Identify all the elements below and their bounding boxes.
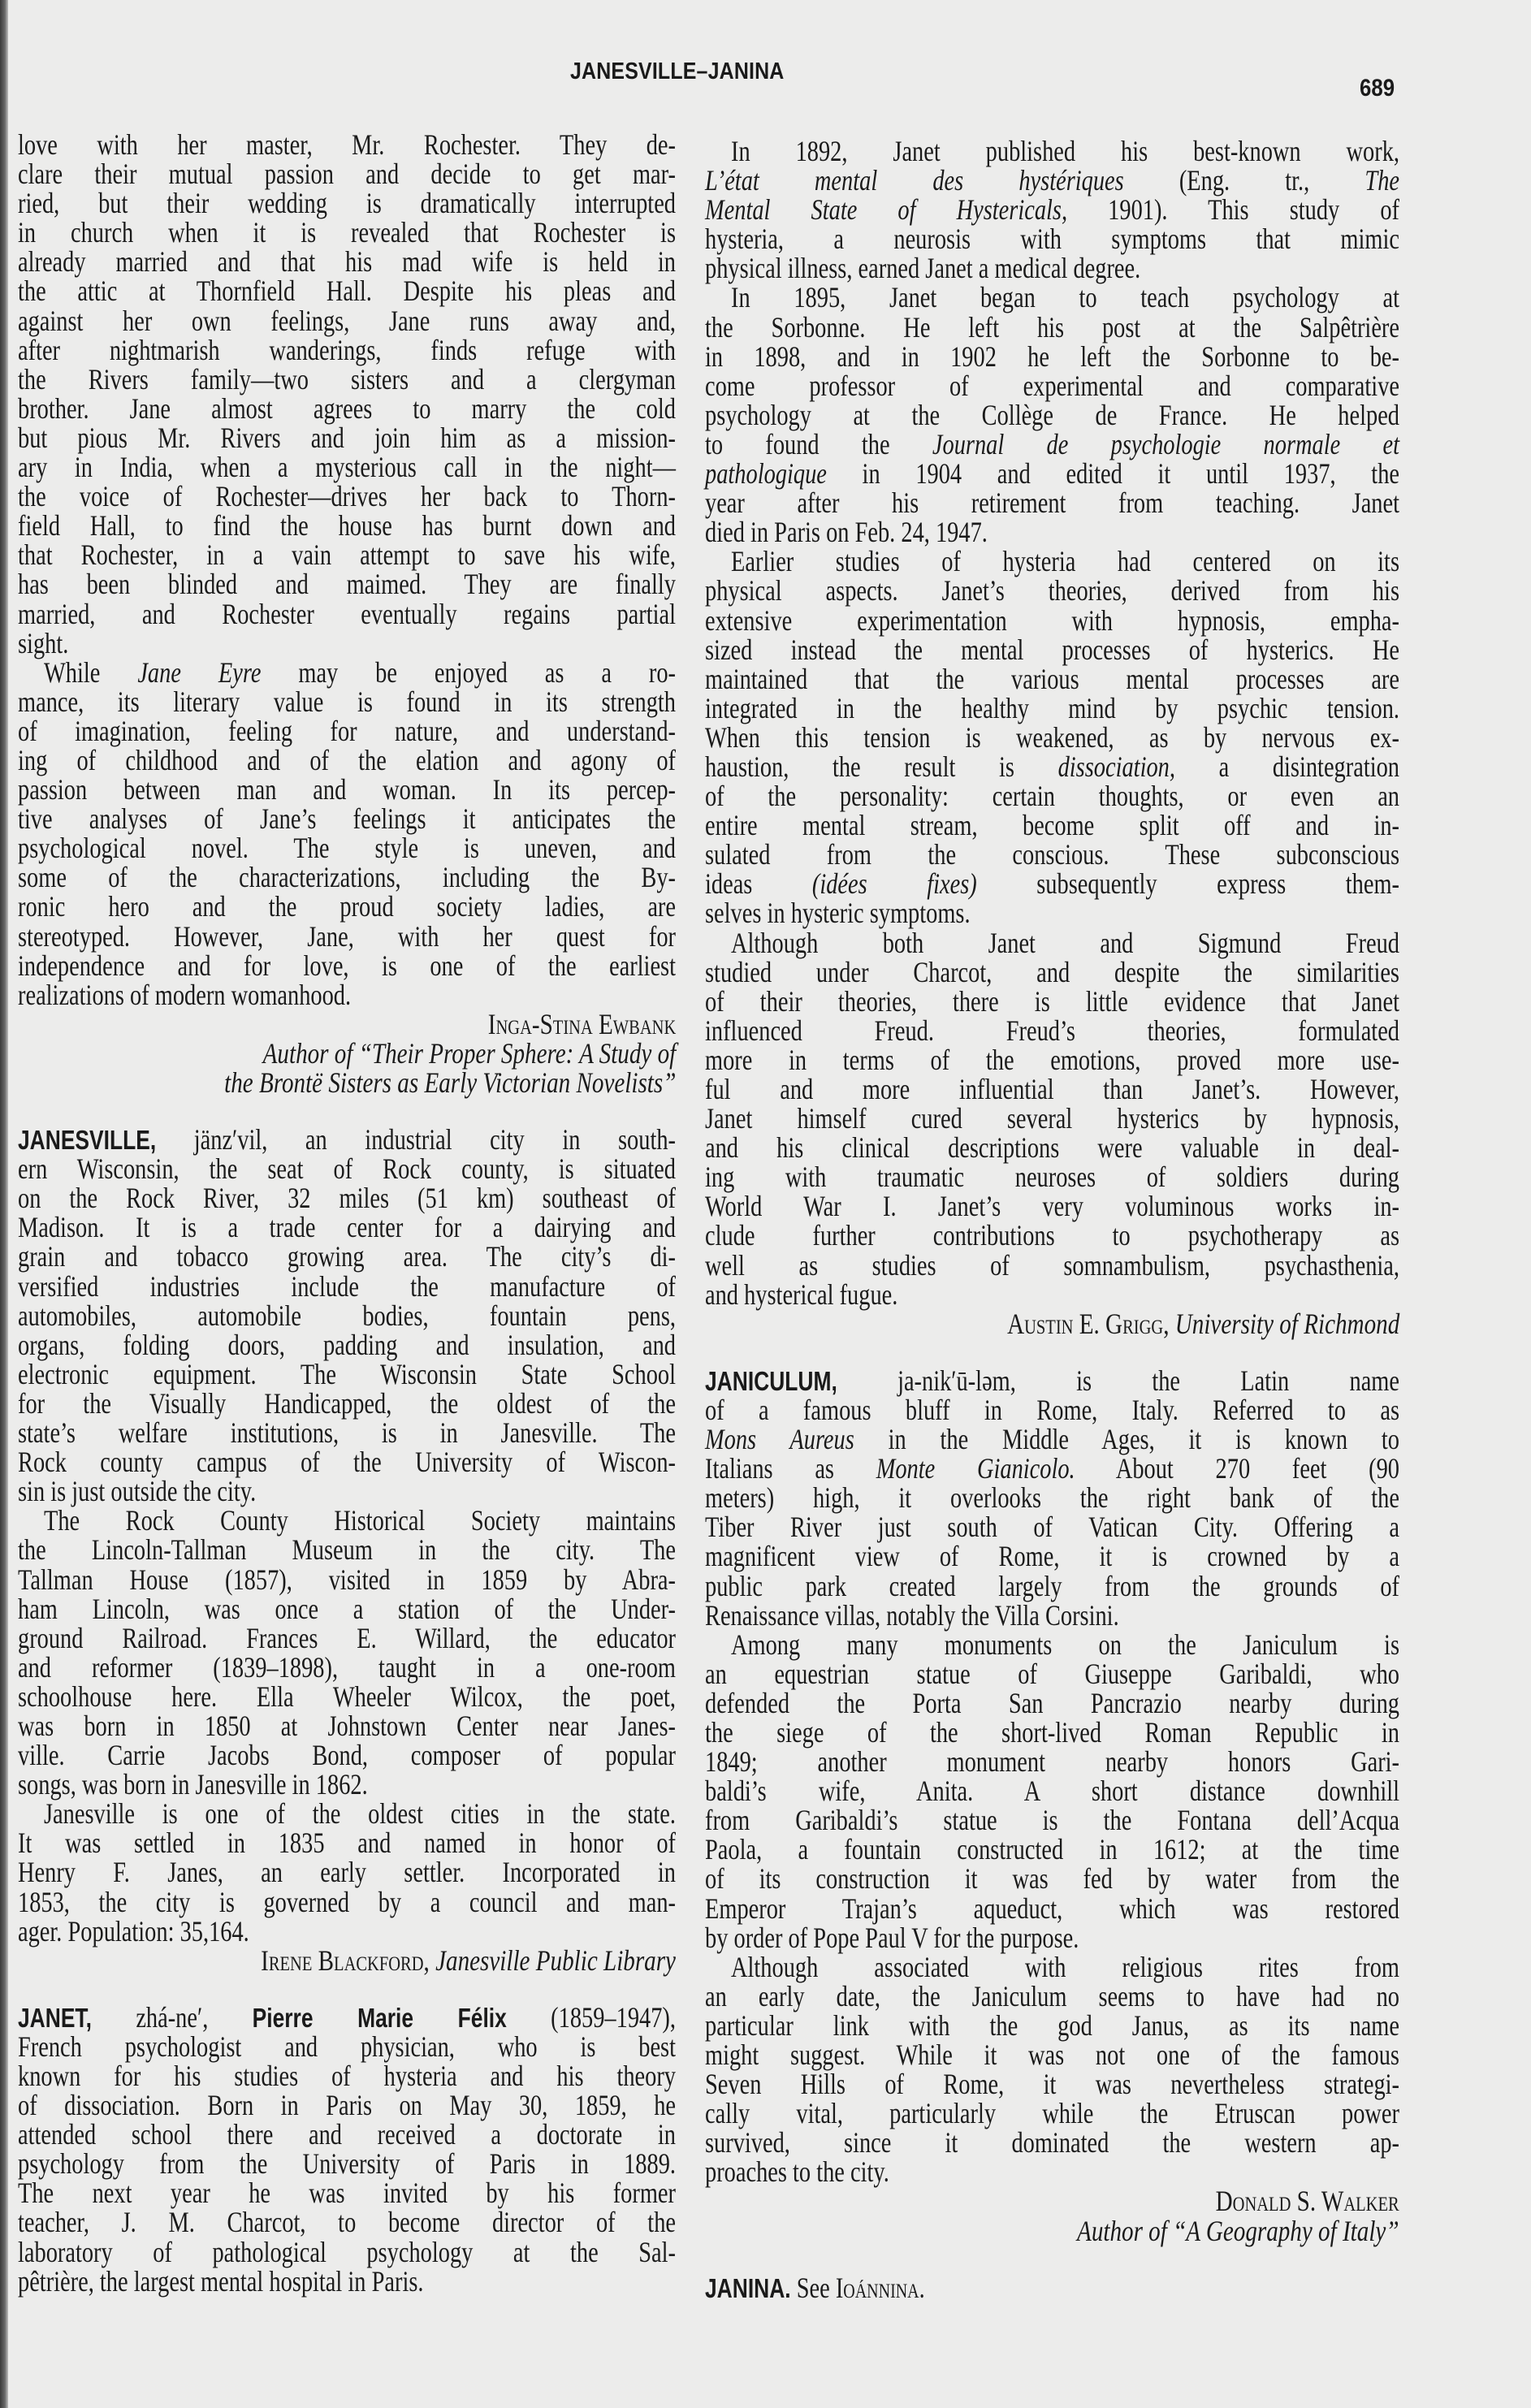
text-line: and reformer (1839–1898), taught in a on… (18, 1653, 676, 1682)
text-line: the Rivers family—two sisters and a cler… (18, 365, 676, 394)
paragraph: year after his retirement from teaching.… (705, 488, 1399, 547)
text-line: of dissociation. Born in Paris on May 30… (18, 2090, 676, 2120)
text-line: but pious Mr. Rivers and join him as a m… (18, 423, 676, 452)
text-line: 1849; another monument nearby honors Gar… (705, 1747, 1399, 1776)
headword: JANET, (18, 2003, 92, 2033)
paragraph: Although associated with religious rites… (705, 1952, 1399, 2187)
text-line: automobiles, automobile bodies, fountain… (18, 1301, 676, 1330)
text-line: Seven Hills of Rome, it was nevertheless… (705, 2069, 1399, 2099)
text-line: has been blinded and maimed. They are fi… (18, 569, 676, 599)
text-line: from Garibaldi’s statue is the Fontana d… (705, 1805, 1399, 1835)
page-number: 689 (1360, 75, 1395, 102)
text-line: meters) high, it overlooks the right ban… (705, 1483, 1399, 1512)
text-line: already married and that his mad wife is… (18, 247, 676, 276)
author-signature: Donald S. Walker (705, 2186, 1399, 2216)
paragraph: Earlier studies of hysteria had centered… (705, 547, 1399, 752)
journal-title: Journal de psychologie normale et (932, 428, 1399, 460)
text-line: Henry F. Janes, an early settler. Incorp… (18, 1857, 676, 1887)
text-line: It was settled in 1835 and named in hono… (18, 1828, 676, 1857)
paragraph: French psychologist and physician, who i… (18, 2032, 676, 2296)
text-line: 1853, the city is governed by a council … (18, 1887, 676, 1917)
article-janesville: JANESVILLE, jänz′vil, an industrial city… (18, 1125, 676, 1975)
text-line: While Jane Eyre may be enjoyed as a ro- (18, 658, 676, 687)
paragraph: Among many monuments on the Janiculum is… (705, 1630, 1399, 1952)
text-line: of imagination, feeling for nature, and … (18, 716, 676, 746)
text-line: and hysterical fugue. (705, 1280, 1399, 1309)
author-note: the Brontë Sisters as Early Victorian No… (18, 1068, 676, 1097)
cross-reference: JANINA. See Ioánnina. (705, 2273, 1399, 2302)
text-line: particular link with the god Janus, as i… (705, 2011, 1399, 2040)
text-line: in church when it is revealed that Roche… (18, 218, 676, 247)
paragraph: of the personality: certain thoughts, or… (705, 781, 1399, 869)
text-line: tive analyses of Jane’s feelings it anti… (18, 804, 676, 833)
text-line: French psychologist and physician, who i… (18, 2032, 676, 2061)
text-line: organs, folding doors, padding and insul… (18, 1330, 676, 1360)
article-janina: JANINA. See Ioánnina. (705, 2273, 1399, 2302)
text-line: Janesville is one of the oldest cities i… (18, 1799, 676, 1828)
text-line: after nightmarish wanderings, finds refu… (18, 335, 676, 365)
left-column: love with her master, Mr. Rochester. The… (18, 130, 676, 2296)
cross-reference-link[interactable]: Ioánnina. (836, 2272, 925, 2304)
book-title: L’état mental des hystériques (705, 164, 1124, 197)
text-line: Although both Janet and Sigmund Freud (705, 928, 1399, 958)
text-line: might suggest. While it was not one of t… (705, 2040, 1399, 2069)
text-line: against her own feelings, Jane runs away… (18, 306, 676, 335)
text-line: clude further contributions to psychothe… (705, 1221, 1399, 1250)
text-line: selves in hysteric symptoms. (705, 898, 1399, 927)
text-line: was born in 1850 at Johnstown Center nea… (18, 1711, 676, 1740)
text-line: grain and tobacco growing area. The city… (18, 1242, 676, 1271)
place-name: Monte Gianicolo. (876, 1452, 1075, 1485)
text-line: clare their mutual passion and decide to… (18, 159, 676, 188)
text-line: known for his studies of hysteria and hi… (18, 2061, 676, 2090)
text-line: realizations of modern womanhood. (18, 980, 676, 1009)
text-line: The next year he was invited by his form… (18, 2178, 676, 2207)
text-line: physical illness, earned Janet a medical… (705, 253, 1399, 283)
text-line: brother. Jane almost agrees to marry the… (18, 394, 676, 423)
text-line: sized instead the mental processes of hy… (705, 635, 1399, 664)
text-line: more in terms of the emotions, proved mo… (705, 1045, 1399, 1074)
text-line: well as studies of somnambulism, psychas… (705, 1251, 1399, 1280)
text-line: ground Railroad. Frances E. Willard, the… (18, 1623, 676, 1653)
text-line: passion between man and woman. In its pe… (18, 775, 676, 804)
text-line: hysteria, a neurosis with symptoms that … (705, 224, 1399, 253)
headword: JANINA. (705, 2273, 791, 2303)
text-line: stereotyped. However, Jane, with her que… (18, 922, 676, 951)
author-signature: Austin E. Grigg, University of Richmond (705, 1309, 1399, 1338)
text-line: an equestrian statue of Giuseppe Garibal… (705, 1659, 1399, 1688)
paragraph: Although both Janet and Sigmund Freudstu… (705, 928, 1399, 1309)
paragraph: mance, its literary value is found in it… (18, 687, 676, 1009)
text-line: independence and for love, is one of the… (18, 951, 676, 980)
author-note: Author of “Their Proper Sphere: A Study … (18, 1039, 676, 1068)
text-line: The Rock County Historical Society maint… (18, 1506, 676, 1535)
text-line: and his clinical descriptions were valua… (705, 1133, 1399, 1162)
text-line: Madison. It is a trade center for a dair… (18, 1213, 676, 1242)
book-title: Mental State of Hystericals, (705, 193, 1067, 226)
text-line: L’état mental des hystériques (Eng. tr.,… (705, 166, 1399, 195)
text-line: survived, since it dominated the western… (705, 2128, 1399, 2157)
text-line: physical aspects. Janet’s theories, deri… (705, 576, 1399, 605)
article-janet: JANET, zhá-ne′, Pierre Marie Félix (1859… (18, 2003, 676, 2296)
text-line: entire mental stream, become split off a… (705, 811, 1399, 840)
full-name: Pierre Marie Félix (253, 2003, 507, 2033)
text-line: ried, but their wedding is dramatically … (18, 188, 676, 218)
paragraph: love with her master, Mr. Rochester. The… (18, 130, 676, 658)
text-line: some of the characterizations, including… (18, 862, 676, 892)
text-line: of the personality: certain thoughts, or… (705, 781, 1399, 811)
text-line: ham Lincoln, was once a station of the U… (18, 1594, 676, 1623)
text-line: In 1895, Janet began to teach psychology… (705, 283, 1399, 312)
text-line: Although associated with religious rites… (705, 1952, 1399, 1982)
text-line: ville. Carrie Jacobs Bond, composer of p… (18, 1740, 676, 1770)
text-line: in 1898, and in 1902 he left the Sorbonn… (705, 342, 1399, 371)
article-janiculum: JANICULUM, ja-nik′ū-ləm, is the Latin na… (705, 1366, 1399, 2246)
text-line: ing of childhood and of the elation and … (18, 746, 676, 775)
text-line: defended the Porta San Pancrazio nearby … (705, 1688, 1399, 1718)
text-line: influenced Freud. Freud’s theories, form… (705, 1016, 1399, 1045)
headword: JANICULUM, (705, 1366, 837, 1396)
text-line: that Rochester, in a vain attempt to sav… (18, 540, 676, 569)
paragraph: Janesville is one of the oldest cities i… (18, 1799, 676, 1945)
text-line: Mons Aureus in the Middle Ages, it is kn… (705, 1424, 1399, 1454)
journal-title: pathologique (705, 457, 827, 490)
text-line: Italians as Monte Gianicolo. About 270 f… (705, 1454, 1399, 1483)
text-line: Mental State of Hystericals, 1901). This… (705, 195, 1399, 224)
paragraph: The Rock County Historical Society maint… (18, 1506, 676, 1799)
text-line: the Lincoln-Tallman Museum in the city. … (18, 1535, 676, 1564)
entry-first-line: JANESVILLE, jänz′vil, an industrial city… (18, 1125, 676, 1154)
author-note: Author of “A Geography of Italy” (705, 2216, 1399, 2246)
text-line: the siege of the short-lived Roman Repub… (705, 1718, 1399, 1747)
text-line: In 1892, Janet published his best-known … (705, 136, 1399, 166)
text-line: magnificent view of Rome, it is crowned … (705, 1541, 1399, 1571)
text-line: teacher, J. M. Charcot, to become direct… (18, 2207, 676, 2237)
text-line: public park created largely from the gro… (705, 1571, 1399, 1601)
text-line: married, and Rochester eventually regain… (18, 599, 676, 629)
text-line: to found the Journal de psychologie norm… (705, 430, 1399, 459)
text-line: by order of Pope Paul V for the purpose. (705, 1923, 1399, 1952)
text-line: ful and more influential than Janet’s. H… (705, 1074, 1399, 1104)
text-line: laboratory of pathological psychology at… (18, 2237, 676, 2267)
text-line: haustion, the result is dissociation, a … (705, 752, 1399, 781)
paragraph: selves in hysteric symptoms. (705, 898, 1399, 927)
text-line: versified industries include the manufac… (18, 1272, 676, 1301)
text-line: pêtrière, the largest mental hospital in… (18, 2267, 676, 2296)
text-line: studied under Charcot, and despite the s… (705, 958, 1399, 987)
text-line: Among many monuments on the Janiculum is (705, 1630, 1399, 1659)
entry-first-line: JANICULUM, ja-nik′ū-ləm, is the Latin na… (705, 1366, 1399, 1395)
text-line: ager. Population: 35,164. (18, 1917, 676, 1946)
text-line: the Sorbonne. He left his post at the Sa… (705, 313, 1399, 342)
right-column: In 1892, Janet published his best-known … (705, 136, 1399, 2302)
paragraph: hysteria, a neurosis with symptoms that … (705, 224, 1399, 283)
text-line: of a famous bluff in Rome, Italy. Referr… (705, 1395, 1399, 1424)
text-line: love with her master, Mr. Rochester. The… (18, 130, 676, 159)
text-line: extensive experimentation with hypnosis,… (705, 606, 1399, 635)
entry-first-line: JANET, zhá-ne′, Pierre Marie Félix (1859… (18, 2003, 676, 2032)
text-line: of its construction it was fed by water … (705, 1864, 1399, 1893)
book-spine-shadow (0, 0, 8, 2408)
term: dissociation, (1058, 750, 1175, 783)
text-line: of their theories, there is little evide… (705, 987, 1399, 1016)
running-head: JANESVILLE–JANINA (570, 58, 784, 85)
text-line: for the Visually Handicapped, the oldest… (18, 1389, 676, 1418)
text-line: sin is just outside the city. (18, 1476, 676, 1506)
article-janet-continuation: In 1892, Janet published his best-known … (705, 136, 1399, 1338)
text-line: integrated in the healthy mind by psychi… (705, 694, 1399, 723)
place-name: Mons Aureus (705, 1423, 854, 1455)
text-line: ern Wisconsin, the seat of Rock county, … (18, 1154, 676, 1183)
text-line: attended school there and received a doc… (18, 2120, 676, 2149)
text-line: baldi’s wife, Anita. A short distance do… (705, 1776, 1399, 1805)
text-line: died in Paris on Feb. 24, 1947. (705, 517, 1399, 547)
text-line: songs, was born in Janesville in 1862. (18, 1770, 676, 1799)
text-line: sight. (18, 629, 676, 658)
text-line: maintained that the various mental proce… (705, 664, 1399, 694)
term: (idées fixes) (812, 867, 977, 900)
author-signature: Irene Blackford, Janesville Public Libra… (18, 1946, 676, 1975)
text-line: ing with traumatic neuroses of soldiers … (705, 1162, 1399, 1191)
text-line: psychology at the Collège de France. He … (705, 400, 1399, 430)
paragraph: ern Wisconsin, the seat of Rock county, … (18, 1154, 676, 1506)
text-line: psychological novel. The style is uneven… (18, 833, 676, 862)
text-line: on the Rock River, 32 miles (51 km) sout… (18, 1183, 676, 1213)
headword: JANESVILLE, (18, 1125, 156, 1155)
text-line: Emperor Trajan’s aqueduct, which was res… (705, 1894, 1399, 1923)
text-line: state’s welfare institutions, is in Jane… (18, 1418, 676, 1447)
text-line: Tallman House (1857), visited in 1859 by… (18, 1565, 676, 1594)
text-line: ronic hero and the proud society ladies,… (18, 892, 676, 921)
text-line: Rock county campus of the University of … (18, 1447, 676, 1476)
text-line: the attic at Thornfield Hall. Despite hi… (18, 276, 676, 305)
text-line: proaches to the city. (705, 2157, 1399, 2186)
text-line: mance, its literary value is found in it… (18, 687, 676, 716)
author-signature: Inga-Stina Ewbank (18, 1009, 676, 1039)
text-line: cally vital, particularly while the Etru… (705, 2099, 1399, 2128)
text-line: When this tension is weakened, as by ner… (705, 723, 1399, 752)
text-line: sulated from the conscious. These subcon… (705, 840, 1399, 869)
text-line: Tiber River just south of Vatican City. … (705, 1512, 1399, 1541)
text-line: ideas (idées fixes) subsequently express… (705, 869, 1399, 898)
text-line: schoolhouse here. Ella Wheeler Wilcox, t… (18, 1682, 676, 1711)
text-line: pathologique in 1904 and edited it until… (705, 459, 1399, 488)
text-line: an early date, the Janiculum seems to ha… (705, 1982, 1399, 2011)
paragraph: In 1895, Janet began to teach psychology… (705, 283, 1399, 429)
article-jane-eyre-continuation: love with her master, Mr. Rochester. The… (18, 130, 676, 1097)
text-line: year after his retirement from teaching.… (705, 488, 1399, 517)
text-line: ary in India, when a mysterious call in … (18, 452, 676, 482)
text-line: field Hall, to find the house has burnt … (18, 511, 676, 540)
book-title: Jane Eyre (137, 656, 261, 689)
text-line: Paola, a fountain constructed in 1612; a… (705, 1835, 1399, 1864)
text-line: come professor of experimental and compa… (705, 371, 1399, 400)
text-line: Janet himself cured several hysterics by… (705, 1104, 1399, 1133)
paragraph: meters) high, it overlooks the right ban… (705, 1483, 1399, 1629)
text-line: the voice of Rochester—drives her back t… (18, 482, 676, 511)
text-line: Renaissance villas, notably the Villa Co… (705, 1601, 1399, 1630)
text-line: World War I. Janet’s very voluminous wor… (705, 1191, 1399, 1221)
text-line: psychology from the University of Paris … (18, 2149, 676, 2178)
text-line: electronic equipment. The Wisconsin Stat… (18, 1360, 676, 1389)
text-line: Earlier studies of hysteria had centered… (705, 547, 1399, 576)
